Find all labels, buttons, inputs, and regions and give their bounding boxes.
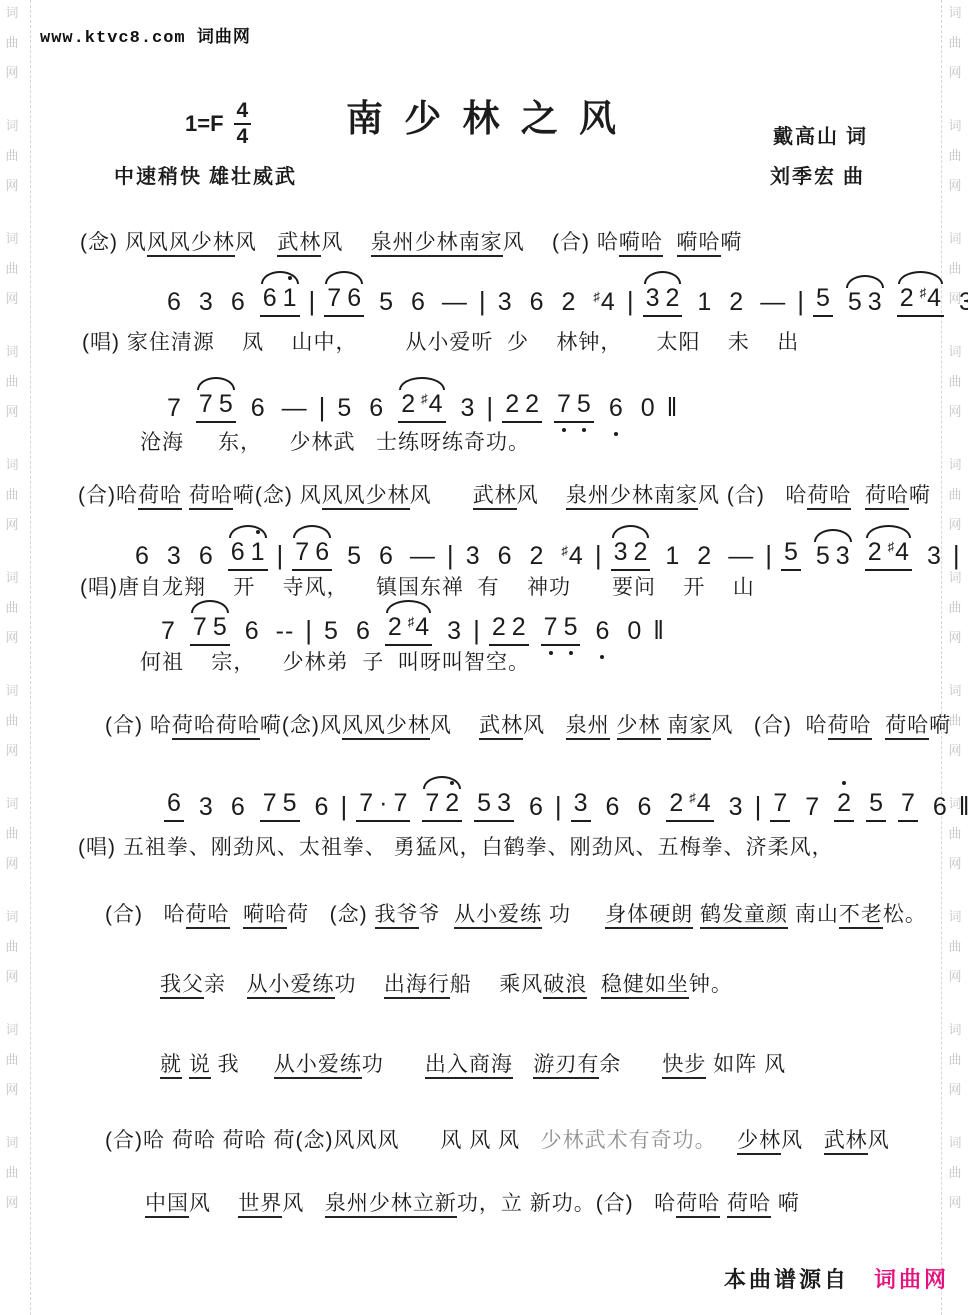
barline: | [627,286,634,317]
lyric-segment: 南家 [667,714,711,740]
edge-watermark-char: 词 [3,797,21,810]
note-group: 75 [196,390,236,423]
lyric-segment: 少林 [191,231,235,257]
note: 2 [559,288,579,317]
note-group: 6 [132,542,152,571]
note-group: 6 [930,793,950,822]
note-group: 3 [164,542,184,571]
note-group: 7 [158,617,178,646]
lyric-segment: 荷哈 [865,484,909,510]
edge-watermark-char: 曲 [3,262,21,275]
lyricist-credit: 戴高山 词 [773,120,868,149]
lyric-segment: 嗬 [771,1192,800,1215]
note-group: 61 [228,538,268,571]
lyric-segment [663,231,677,254]
lyric-segment [610,714,617,737]
note: 1 [694,288,714,317]
note-group: 6 [527,288,547,317]
note: 5 [334,394,354,423]
edge-watermark-char: 曲 [3,149,21,162]
note: 2 [834,789,854,818]
note: 2 [630,538,650,567]
note: 6 [164,789,184,818]
note-group: 7 [898,789,918,822]
edge-watermark-char: 网 [946,744,964,757]
note: ♯4 [885,538,912,567]
edge-watermark-char: 网 [946,518,964,531]
lyric-line: (合) 哈荷哈荷哈嗬(念)风风风少林风 武林风 泉州 少林 南家风 (合) 哈荷… [105,709,951,739]
lyric-segment: 少林武术有奇功。 [541,1129,717,1152]
note: 7 [898,789,918,818]
note-group: 5 [321,617,341,646]
sharp-icon: ♯ [421,391,428,406]
lyric-segment: 商海 [469,1053,513,1079]
lyric-line: 何祖 宗， 少林弟 子 叫呀叫智空。 [140,646,530,676]
note: 6 [260,284,280,313]
note: ♯4 [418,390,445,419]
lyric-segment: 不老 [839,903,883,929]
note-group: 3 [924,542,944,571]
note: 5 [280,789,300,818]
sharp-icon: ♯ [593,289,600,304]
note-group: 6 [366,394,386,423]
lyric-segment: 钟。 [689,973,733,996]
octave-dot-low [614,432,618,436]
note-group: 75 [541,613,581,646]
final-barline: ‖ [653,615,664,646]
note: 2 [666,789,686,818]
left-edge-watermark: 词曲网词曲网词曲网词曲网词曲网词曲网词曲网词曲网词曲网词曲网词曲网 [3,6,21,1315]
edge-watermark-char: 网 [3,518,21,531]
edge-watermark-char: 词 [3,345,21,358]
edge-watermark-char: 曲 [946,601,964,614]
lyric-segment: 嗬 [909,484,931,507]
lyric-segment: 风 [430,714,479,737]
lyric-segment: 风 (合) 哈 [698,484,807,507]
edge-watermark-char: 曲 [3,714,21,727]
lyric-segment: 风 (合) 哈 [711,714,827,737]
sharp-icon: ♯ [408,614,415,629]
note: 3 [444,617,464,646]
note-group: 6 [606,394,626,423]
final-barline: ‖ [667,392,678,423]
edge-watermark-char: 词 [946,232,964,245]
lyric-line: 中国风 世界风 泉州少林立新功，立 新功。(合) 哈荷哈 荷哈 嗬 [145,1187,800,1217]
notation-line: 7756--|562♯43|227560‖ [152,613,667,646]
note: 5 [216,390,236,419]
edge-watermark-char: 曲 [3,36,21,49]
note-group: 7·7 [356,789,410,822]
lyric-segment: 破浪 [543,973,587,999]
note-group: 2 [834,789,854,822]
edge-watermark-char: 网 [946,66,964,79]
edge-watermark-char: 网 [946,1196,964,1209]
note-group: 3 [463,542,483,571]
lyric-segment: 泉州 [566,484,610,510]
note: 5 [474,789,494,818]
sharp-icon: ♯ [920,285,927,300]
edge-watermark-char: 曲 [3,488,21,501]
note-group: 2♯4 [666,789,713,822]
note: ♯4 [590,288,617,317]
note: 3 [865,288,885,317]
note-group: 7 [802,793,822,822]
lyric-segment [720,1192,727,1215]
lyric-segment: 从小 [454,903,498,929]
footer-source-text: 本曲谱源自 [724,1263,849,1294]
note-group: 6 [196,542,216,571]
edge-watermark-char: 曲 [3,1166,21,1179]
note: 6 [248,394,268,423]
lyric-segment: 荷 (念) [287,903,374,926]
lyric-segment: 风 [321,231,370,254]
edge-watermark-char: 词 [3,1136,21,1149]
note: 5 [561,613,581,642]
note: 6 [606,394,626,423]
lyric-segment: 荷哈 [885,714,929,740]
edge-watermark-char: 词 [3,684,21,697]
note-group: 6 [376,542,396,571]
note: 5 [376,288,396,317]
edge-watermark-char: 词 [946,6,964,19]
note-group: 22 [489,613,529,646]
note: 7 [260,789,280,818]
note-group: 2 [527,542,547,571]
note-group: 53 [813,542,853,571]
lyric-segment: 荷哈 [216,714,260,740]
octave-dot-low [600,655,604,659]
note: 7 [802,793,822,822]
note: 2 [662,284,682,313]
note: 3 [196,288,216,317]
note-group: 75 [554,390,594,423]
note: 3 [643,284,663,313]
lyric-segment: 荷哈 [186,903,230,929]
note: 2 [527,542,547,571]
lyric-segment: 泉州 [371,231,415,257]
note-group: 72 [422,789,462,822]
lyric-segment: 从小 [247,973,291,999]
note-group: 53 [474,789,514,822]
note: 3 [495,288,515,317]
octave-dot-low [569,651,573,655]
lyric-segment: 童颜 [744,903,788,929]
lyric-segment: 荷哈 [138,484,182,510]
note: 6 [526,793,546,822]
lyric-segment: 荷哈 [676,1192,720,1218]
note-group: 6 [164,288,184,317]
barline: | [309,286,316,317]
lyric-segment: 风风 [342,714,386,740]
edge-watermark-char: 曲 [3,940,21,953]
barline: | [953,540,960,571]
note-group: 6 [526,793,546,822]
note: 6 [634,793,654,822]
note: 7 [541,613,561,642]
note-group: 6 [312,793,332,822]
note-group: 3 [571,789,591,822]
note-group: 2♯4 [865,538,912,571]
lyric-segment: 嗬(念) 风 [233,484,322,507]
octave-dot-low [562,428,566,432]
barline: | [765,540,772,571]
note: 6 [164,288,184,317]
note-group: 3 [458,394,478,423]
note-group: 32 [611,538,651,571]
note: 6 [930,793,950,822]
note: 3 [924,542,944,571]
note: 3 [494,789,514,818]
octave-dot-low [549,651,553,655]
note-group: 1 [694,288,714,317]
note: 2 [489,613,509,642]
note: 0 [638,394,658,423]
lyric-line: 沧海 东， 少林武 士练呀练奇功。 [140,426,530,456]
lyric-segment: 荷哈 [807,484,851,510]
note-group: 53 [845,288,885,317]
edge-watermark-char: 词 [3,910,21,923]
barline: | [340,791,347,822]
note-group: 6 [228,793,248,822]
lyric-segment: 功，立 新功。(合) 哈 [457,1192,676,1215]
lyric-segment: 亲 [204,973,247,996]
note-group: 76 [324,284,364,317]
right-dashed-rule [941,0,942,1315]
note-group: 6 [634,793,654,822]
edge-watermark-char: 曲 [946,488,964,501]
lyric-segment: 爱练 [498,903,542,929]
tempo-marking: 中速稍快 雄壮威武 [114,160,297,189]
edge-watermark-char: 网 [3,179,21,192]
lyric-segment: 出入 [425,1053,469,1079]
edge-watermark-char: 网 [946,179,964,192]
note: 7 [390,789,410,818]
edge-watermark-char: 网 [3,970,21,983]
note-group: 6 [592,617,612,646]
lyric-segment: 风 [868,1129,890,1152]
note-group: 3 [726,793,746,822]
sharp-icon: ♯ [689,790,696,805]
lyric-segment: 出海 [384,973,428,999]
lyric-segment: 少林 [366,484,410,510]
note-group: 6 [495,542,515,571]
note: 6 [312,538,332,567]
lyric-line: 我父亲 从小爱练功 出海行船 乘风破浪 稳健如坐钟。 [160,968,733,998]
lyric-segment: 我父 [160,973,204,999]
edge-watermark-char: 词 [946,684,964,697]
edge-watermark-char: 曲 [946,149,964,162]
lyric-segment: 如坐 [645,973,689,999]
note-group: 2♯4 [897,284,944,317]
note: 6 [376,542,396,571]
lyric-segment: 爱练 [291,973,335,999]
note-group: 2♯4 [398,390,445,423]
edge-watermark-char: 词 [3,6,21,19]
note: 2 [897,284,917,313]
held-note-dash: — [410,542,436,571]
edge-watermark-char: 词 [946,571,964,584]
note: 2 [398,390,418,419]
edge-watermark-char: 网 [946,631,964,644]
lyric-segment: (唱)唐自龙翔 开 寺风， 镇国东禅 有 神功 要问 开 山 [80,576,755,599]
held-note-dash: — [760,288,786,317]
lyric-segment [587,973,601,996]
lyric-segment: 松。 [883,903,927,926]
note: 7 [554,390,574,419]
note: 2 [509,613,529,642]
edge-watermark-char: 曲 [3,375,21,388]
note: ♯4 [917,284,944,313]
note: 6 [408,288,428,317]
footer-site-link[interactable]: 词曲网 [874,1263,949,1294]
lyric-segment: 说 [189,1053,211,1079]
edge-watermark-char: 曲 [946,1166,964,1179]
note: 7 [190,613,210,642]
lyric-segment: 身体 [605,903,649,929]
lyric-segment: 少林 [737,1129,781,1155]
note: 0 [624,617,644,646]
note: 3 [571,789,591,818]
lyric-segment: 南山 [788,903,839,926]
lyric-segment: 武林 [479,714,523,740]
lyric-line: (唱) 家住清源 凤 山中， 从小爱听 少 林钟， 太阳 未 出 [82,326,799,356]
note-group: 6 [242,617,262,646]
barline: | [473,615,480,646]
lyric-line: (合)哈 荷哈 荷哈 荷(念)风风风 风 风 风 少林武术有奇功。 少林风 武林… [105,1124,890,1154]
lyric-segment: 风 [189,1192,238,1215]
note-group: 6 [228,288,248,317]
edge-watermark-char: 曲 [946,827,964,840]
edge-watermark-char: 曲 [3,827,21,840]
note-group: 76 [292,538,332,571]
note-group: 0 [624,617,644,646]
edge-watermark-char: 词 [946,910,964,923]
lyric-segment [230,903,244,926]
edge-watermark-char: 网 [3,1196,21,1209]
note-group: 2 [559,288,579,317]
note-group: 7 [164,394,184,423]
barline: | [555,791,562,822]
edge-watermark-char: 网 [3,744,21,757]
note-group: 3 [196,288,216,317]
held-note-dash: -- [276,617,295,646]
note: 3 [833,542,853,571]
note: 3 [196,793,216,822]
final-barline: ‖ [959,791,968,822]
lyric-segment: 嗬(念)风 [260,714,342,737]
note: 7 [324,284,344,313]
lyric-segment: 少林 [610,484,654,510]
lyric-segment: 稳健 [601,973,645,999]
edge-watermark-char: 网 [946,857,964,870]
note: 6 [242,617,262,646]
lyric-segment: 快步 [662,1053,706,1079]
lyric-segment: 风 [282,1192,325,1215]
lyric-segment [182,484,189,507]
edge-watermark-char: 网 [3,631,21,644]
edge-watermark-char: 词 [946,1136,964,1149]
lyric-segment: 爱练 [318,1053,362,1079]
lyric-segment [717,1129,738,1152]
right-edge-watermark: 词曲网词曲网词曲网词曲网词曲网词曲网词曲网词曲网词曲网词曲网词曲网 [946,6,964,1315]
edge-watermark-char: 网 [946,405,964,418]
note: 5 [574,390,594,419]
note-group: 2 [694,542,714,571]
note-group: 5 [334,394,354,423]
lyric-segment: 泉州 [325,1192,369,1218]
edge-watermark-char: 网 [3,1083,21,1096]
edge-watermark-char: 曲 [946,1053,964,1066]
note: 3 [458,394,478,423]
lyric-segment: (合) 哈 [105,903,186,926]
note-group: 3 [956,288,968,317]
barline: | [755,791,762,822]
note: 1 [662,542,682,571]
edge-watermark-char: 词 [946,345,964,358]
lyric-segment: 功 [335,973,384,996]
octave-dot-high [842,781,846,785]
barline: | [479,286,486,317]
site-logo[interactable]: www.ktvc8.com 词曲网 [40,22,251,48]
lyric-segment: 武林 [824,1129,868,1155]
lyric-segment: 嗬 [929,714,951,737]
barline: | [319,392,326,423]
note-group: 3 [444,617,464,646]
note-group: 3 [495,288,515,317]
barline: | [595,540,602,571]
note: 3 [164,542,184,571]
edge-watermark-char: 曲 [946,36,964,49]
octave-dot-high [450,781,454,785]
lyric-segment: 功 [542,903,605,926]
edge-watermark-char: 词 [3,232,21,245]
lyric-line: 就 说 我 从小爱练功 出入商海 游刃有余 快步 如阵 风 [160,1048,786,1078]
lyric-segment: 鹤发 [700,903,744,929]
note-group: 5 [344,542,364,571]
lyric-segment: 武林 [277,231,321,257]
note-group: 5 [866,789,886,822]
lyric-segment: 从小 [274,1053,318,1079]
note: 5 [845,288,865,317]
note-group: ♯4 [590,288,617,317]
lyric-segment [872,714,886,737]
note: 2 [522,390,542,419]
lyric-segment [851,484,865,507]
octave-dot-low [582,428,586,432]
edge-watermark-char: 曲 [3,1053,21,1066]
note: 7 [196,390,216,419]
edge-watermark-char: 网 [946,970,964,983]
lyric-segment: 泉州 [566,714,610,740]
lyric-segment: 荷哈 [172,714,216,740]
note: 3 [726,793,746,822]
note: 6 [527,288,547,317]
note: 1 [248,538,268,567]
edge-watermark-char: 网 [3,405,21,418]
lyric-segment: 就 [160,1053,182,1079]
lyric-segment: 船 乘风 [450,973,543,996]
lyric-segment [182,1053,189,1076]
note: 2 [385,613,405,642]
composer-credit: 刘季宏 曲 [770,160,865,189]
barline: | [486,392,493,423]
lyric-segment: 少林 [386,714,430,740]
lyric-segment: 少林 [617,714,661,740]
octave-dot-high [256,530,260,534]
note: 2 [502,390,522,419]
note-group: 5 [813,284,833,317]
note: 7 [422,789,442,818]
